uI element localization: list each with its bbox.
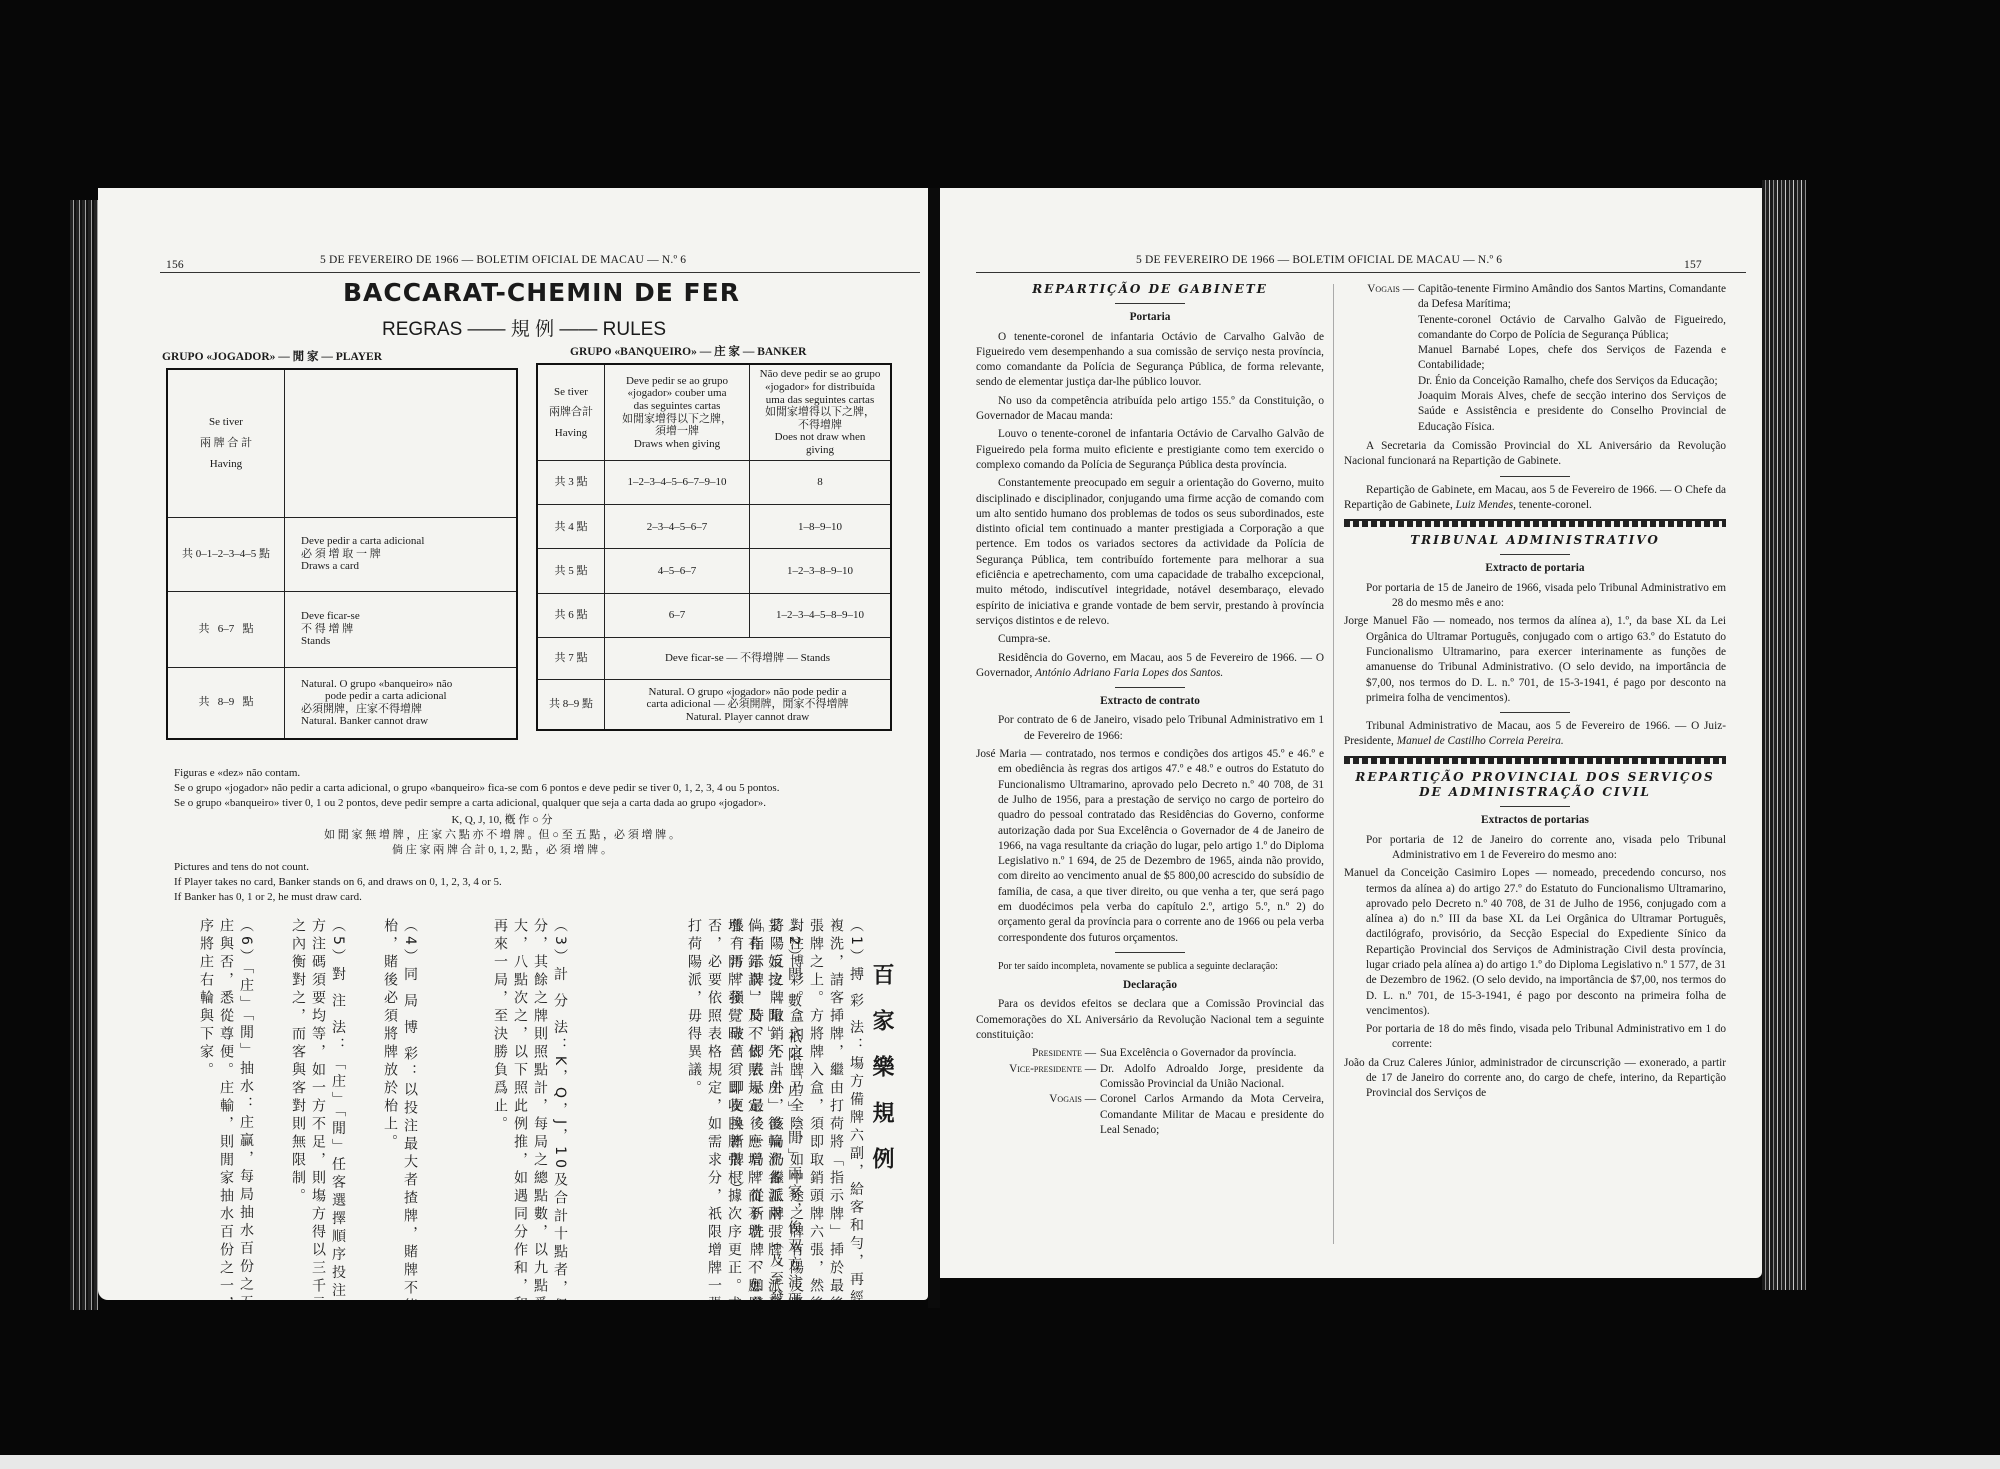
chinese-rule-6: （6）「庄」「閒」抽水：庄贏，每局抽水百份之五，續庄與否，悉從尊便。庄輸，則閒家… bbox=[176, 918, 256, 1300]
scan-bottom-strip bbox=[0, 1455, 2000, 1469]
player-row-having: 共 0–1–2–3–4–5 點 bbox=[167, 517, 285, 591]
vogais-list: Vogais —Capitão-tenente Firmino Amândio … bbox=[1344, 282, 1726, 435]
section-title-administracao-civil: REPARTIÇÃO PROVINCIAL DOS SERVIÇOSDE ADM… bbox=[1344, 770, 1726, 801]
section-divider bbox=[1344, 519, 1726, 527]
column-2: Vogais —Capitão-tenente Firmino Amândio … bbox=[1344, 282, 1726, 1105]
page-number: 156 bbox=[166, 259, 184, 271]
banker-row: 共 4 點 2–3–4–5–6–7 1–8–9–10 bbox=[537, 505, 891, 549]
declaracao-title: Declaração bbox=[976, 978, 1324, 993]
running-head: 5 DE FEVEREIRO DE 1966 — BOLETIM OFICIAL… bbox=[320, 254, 686, 266]
banker-header-having: Se tiver 兩牌合計 Having bbox=[537, 364, 605, 461]
gabinete-signature: Repartição de Gabinete, em Macau, aos 5 … bbox=[1344, 483, 1726, 514]
banker-row: 共 8–9 點 Natural. O grupo «jogador» não p… bbox=[537, 680, 891, 730]
page-title: BACCARAT-CHEMIN DE FER bbox=[343, 278, 740, 307]
contrato-title: Extracto de contrato bbox=[976, 694, 1324, 709]
player-row-having: 共 8–9 點 bbox=[167, 667, 285, 739]
player-group-label: GRUPO «JOGADOR» — 閒 家 — PLAYER bbox=[162, 348, 382, 364]
page-subtitle: REGRAS —— 規 例 —— RULES bbox=[382, 314, 666, 341]
player-row-having: 共 6–7 點 bbox=[167, 591, 285, 667]
chinese-rule-3: （3）計 分 法：K，Q，J，10及合計十點者，俱作無分，其餘之牌則照點計，每局… bbox=[480, 918, 570, 1300]
running-head: 5 DE FEVEREIRO DE 1966 — BOLETIM OFICIAL… bbox=[1136, 254, 1502, 266]
section-title-gabinete: REPARTIÇÃO DE GABINETE bbox=[976, 282, 1324, 297]
section-title-tribunal: TRIBUNAL ADMINISTRATIVO bbox=[1344, 533, 1726, 548]
banker-row: 共 6 點 6–7 1–2–3–4–5–8–9–10 bbox=[537, 593, 891, 637]
page-number: 157 bbox=[1684, 259, 1702, 271]
player-table: Se tiver 兩 牌 合 計 Having 共 0–1–2–3–4–5 點 … bbox=[166, 368, 518, 740]
banker-table: Se tiver 兩牌合計 Having Deve pedir se ao gr… bbox=[536, 363, 892, 731]
book-edge-left bbox=[70, 200, 98, 1310]
portaria-title: Portaria bbox=[976, 310, 1324, 325]
banker-row: 共 3 點 1–2–3–4–5–6–7–9–10 8 bbox=[537, 461, 891, 505]
book-gutter bbox=[928, 188, 940, 1308]
header-rule bbox=[160, 272, 920, 273]
player-row-action: Deve ficar-se 不 得 增 牌 Stands bbox=[285, 591, 518, 667]
banker-header-draws: Deve pedir se ao grupo «jogador» couber … bbox=[605, 364, 750, 461]
chinese-rule-2: （2）門 數：祇限「庄」「閒」兩家，俟双方注碼對妥，始按「閒」先「庄」後輪流各派… bbox=[620, 918, 804, 1300]
player-header-action bbox=[285, 369, 518, 517]
banker-group-label: GRUPO «BANQUEIRO» — 庄 家 — BANKER bbox=[570, 343, 806, 359]
commission-roster: Presidente —Sua Excelência o Governador … bbox=[976, 1046, 1324, 1138]
banker-header-stands: Não deve pedir se ao grupo «jogador» for… bbox=[750, 364, 892, 461]
player-row-action: Natural. O grupo «banqueiro» não pode pe… bbox=[285, 667, 518, 739]
tribunal-signature: Tribunal Administrativo de Macau, aos 5 … bbox=[1344, 719, 1726, 750]
book-edge-right bbox=[1762, 180, 1806, 1290]
chinese-rule-4: （4）同 局 博 彩：以投注最大者揸牌，賭牌不能離枱，賭後必須將牌放於枱上。 bbox=[360, 918, 420, 1300]
banker-row: 共 7 點 Deve ficar-se — 不得增牌 — Stands bbox=[537, 637, 891, 679]
rules-notes: Figuras e «dez» não contam. Se o grupo «… bbox=[152, 766, 852, 905]
header-rule bbox=[976, 272, 1746, 273]
left-page: 156 5 DE FEVEREIRO DE 1966 — BOLETIM OFI… bbox=[98, 188, 928, 1300]
column-1: REPARTIÇÃO DE GABINETE Portaria O tenent… bbox=[976, 282, 1324, 1138]
right-page: 5 DE FEVEREIRO DE 1966 — BOLETIM OFICIAL… bbox=[940, 188, 1762, 1278]
column-divider bbox=[1333, 284, 1334, 1244]
chinese-rule-5: （5）對 注 法：「庄」「閒」任客選擇順序投注，但双方注碼須要均等，如一方不足，… bbox=[268, 918, 348, 1300]
chinese-rules-heading: 百家樂規例 bbox=[866, 963, 897, 1300]
player-row-action: Deve pedir a carta adicional 必 須 增 取 一 牌… bbox=[285, 517, 518, 591]
chinese-rule-1: （1）搏 彩 法：塲方備牌六副，給客和勻，再經打荷複洗，請客揷牌，繼由打荷將「指… bbox=[804, 918, 866, 1300]
portaria-signature: Residência do Governo, em Macau, aos 5 d… bbox=[976, 651, 1324, 682]
player-header-having: Se tiver 兩 牌 合 計 Having bbox=[167, 369, 285, 517]
banker-row: 共 5 點 4–5–6–7 1–2–3–8–9–10 bbox=[537, 549, 891, 593]
section-divider bbox=[1344, 756, 1726, 764]
